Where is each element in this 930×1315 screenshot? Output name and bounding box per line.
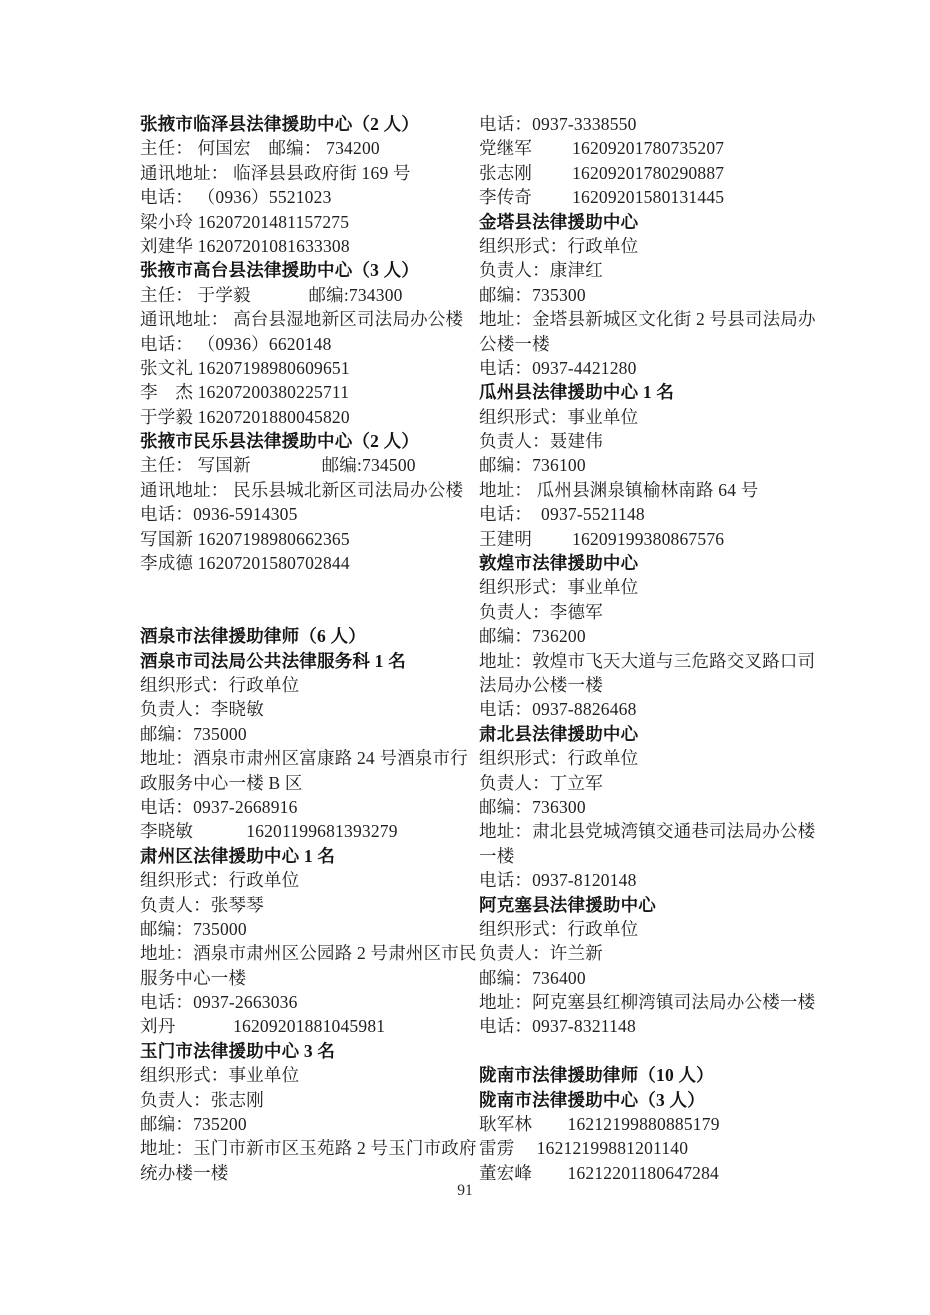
text-line: 法局办公楼一楼 — [479, 673, 823, 697]
text-line: 组织形式：事业单位 — [479, 405, 823, 429]
text-line: 王建明 16209199380867576 — [479, 527, 823, 551]
text-line: 地址：敦煌市飞天大道与三危路交叉路口司 — [479, 649, 823, 673]
section-heading: 酒泉市法律援助律师（6 人） — [140, 624, 484, 648]
text-line: 地址：金塔县新城区文化街 2 号县司法局办 — [479, 307, 823, 331]
left-column: 张掖市临泽县法律援助中心（2 人）主任： 何国宏 邮编： 734200通讯地址：… — [140, 112, 484, 1185]
text-line: 雷雳 16212199881201140 — [479, 1136, 823, 1160]
text-line: 地址：酒泉市肃州区公园路 2 号肃州区市民 — [140, 941, 484, 965]
text-line: 电话：0936-5914305 — [140, 502, 484, 526]
text-line: 电话：0937-8826468 — [479, 697, 823, 721]
text-line: 电话：0937-4421280 — [479, 356, 823, 380]
text-line: 主任： 写国新 邮编:734500 — [140, 453, 484, 477]
text-line: 组织形式：行政单位 — [479, 234, 823, 258]
text-line: 电话：0937-2668916 — [140, 795, 484, 819]
text-line: 负责人：张琴琴 — [140, 893, 484, 917]
text-line: 邮编：736300 — [479, 795, 823, 819]
text-line: 于学毅 16207201880045820 — [140, 405, 484, 429]
text-line: 邮编：735200 — [140, 1112, 484, 1136]
text-line: 邮编：736400 — [479, 966, 823, 990]
text-line: 李晓敏 16201199681393279 — [140, 819, 484, 843]
text-line: 电话： （0936）5521023 — [140, 185, 484, 209]
text-line: 电话：0937-2663036 — [140, 990, 484, 1014]
document-page: 张掖市临泽县法律援助中心（2 人）主任： 何国宏 邮编： 734200通讯地址：… — [0, 0, 930, 1315]
text-line: 政服务中心一楼 B 区 — [140, 771, 484, 795]
text-line: 李传奇 16209201580131445 — [479, 185, 823, 209]
text-line: 地址：阿克塞县红柳湾镇司法局办公楼一楼 — [479, 990, 823, 1014]
text-line: 负责人：张志刚 — [140, 1088, 484, 1112]
text-line: 地址：肃北县党城湾镇交通巷司法局办公楼 — [479, 819, 823, 843]
section-heading: 肃北县法律援助中心 — [479, 722, 823, 746]
text-line: 负责人：聂建伟 — [479, 429, 823, 453]
section-heading: 酒泉市司法局公共法律服务科 1 名 — [140, 649, 484, 673]
text-line: 写国新 16207198980662365 — [140, 527, 484, 551]
text-line: 电话：0937-3338550 — [479, 112, 823, 136]
text-line: 地址： 瓜州县渊泉镇榆林南路 64 号 — [479, 478, 823, 502]
text-line: 负责人：李德军 — [479, 600, 823, 624]
text-line: 通讯地址： 临泽县县政府街 169 号 — [140, 161, 484, 185]
text-line: 组织形式：行政单位 — [479, 917, 823, 941]
section-heading: 张掖市高台县法律援助中心（3 人） — [140, 258, 484, 282]
text-line: 负责人：李晓敏 — [140, 697, 484, 721]
text-line: 电话： （0936）6620148 — [140, 332, 484, 356]
text-line: 通讯地址： 民乐县城北新区司法局办公楼 — [140, 478, 484, 502]
text-line: 主任： 何国宏 邮编： 734200 — [140, 136, 484, 160]
text-line: 邮编：736100 — [479, 453, 823, 477]
text-line: 负责人：康津红 — [479, 258, 823, 282]
text-line — [140, 600, 484, 624]
section-heading: 金塔县法律援助中心 — [479, 210, 823, 234]
text-line: 负责人：丁立军 — [479, 771, 823, 795]
text-line: 邮编：736200 — [479, 624, 823, 648]
text-line: 通讯地址： 高台县湿地新区司法局办公楼 — [140, 307, 484, 331]
section-heading: 阿克塞县法律援助中心 — [479, 893, 823, 917]
text-line — [479, 1039, 823, 1063]
section-heading: 陇南市法律援助律师（10 人） — [479, 1063, 823, 1087]
page-number: 91 — [0, 1180, 930, 1202]
text-line: 张志刚 16209201780290887 — [479, 161, 823, 185]
text-line: 刘丹 16209201881045981 — [140, 1014, 484, 1038]
section-heading: 敦煌市法律援助中心 — [479, 551, 823, 575]
text-line: 电话：0937-8120148 — [479, 868, 823, 892]
text-line: 邮编：735000 — [140, 722, 484, 746]
text-line: 刘建华 16207201081633308 — [140, 234, 484, 258]
text-line: 党继军 16209201780735207 — [479, 136, 823, 160]
text-line: 耿军林 16212199880885179 — [479, 1112, 823, 1136]
text-line: 组织形式：事业单位 — [140, 1063, 484, 1087]
text-line: 电话： 0937-5521148 — [479, 502, 823, 526]
section-heading: 张掖市民乐县法律援助中心（2 人） — [140, 429, 484, 453]
text-line: 李成德 16207201580702844 — [140, 551, 484, 575]
section-heading: 玉门市法律援助中心 3 名 — [140, 1039, 484, 1063]
text-line: 梁小玲 16207201481157275 — [140, 210, 484, 234]
text-line: 地址：酒泉市肃州区富康路 24 号酒泉市行 — [140, 746, 484, 770]
text-line: 地址：玉门市新市区玉苑路 2 号玉门市政府 — [140, 1136, 484, 1160]
section-heading: 肃州区法律援助中心 1 名 — [140, 844, 484, 868]
text-line: 电话：0937-8321148 — [479, 1014, 823, 1038]
text-line: 主任： 于学毅 邮编:734300 — [140, 283, 484, 307]
text-line: 组织形式：事业单位 — [479, 575, 823, 599]
text-line: 组织形式：行政单位 — [140, 868, 484, 892]
text-line: 邮编：735000 — [140, 917, 484, 941]
section-heading: 陇南市法律援助中心（3 人） — [479, 1088, 823, 1112]
text-line: 一楼 — [479, 844, 823, 868]
text-line — [140, 575, 484, 599]
text-line: 服务中心一楼 — [140, 966, 484, 990]
text-line: 邮编：735300 — [479, 283, 823, 307]
text-line: 组织形式：行政单位 — [479, 746, 823, 770]
section-heading: 张掖市临泽县法律援助中心（2 人） — [140, 112, 484, 136]
text-line: 张文礼 16207198980609651 — [140, 356, 484, 380]
text-line: 李 杰 16207200380225711 — [140, 380, 484, 404]
text-line: 组织形式：行政单位 — [140, 673, 484, 697]
right-column: 电话：0937-3338550党继军 16209201780735207张志刚 … — [479, 112, 823, 1185]
text-line: 负责人：许兰新 — [479, 941, 823, 965]
text-line: 公楼一楼 — [479, 332, 823, 356]
section-heading: 瓜州县法律援助中心 1 名 — [479, 380, 823, 404]
